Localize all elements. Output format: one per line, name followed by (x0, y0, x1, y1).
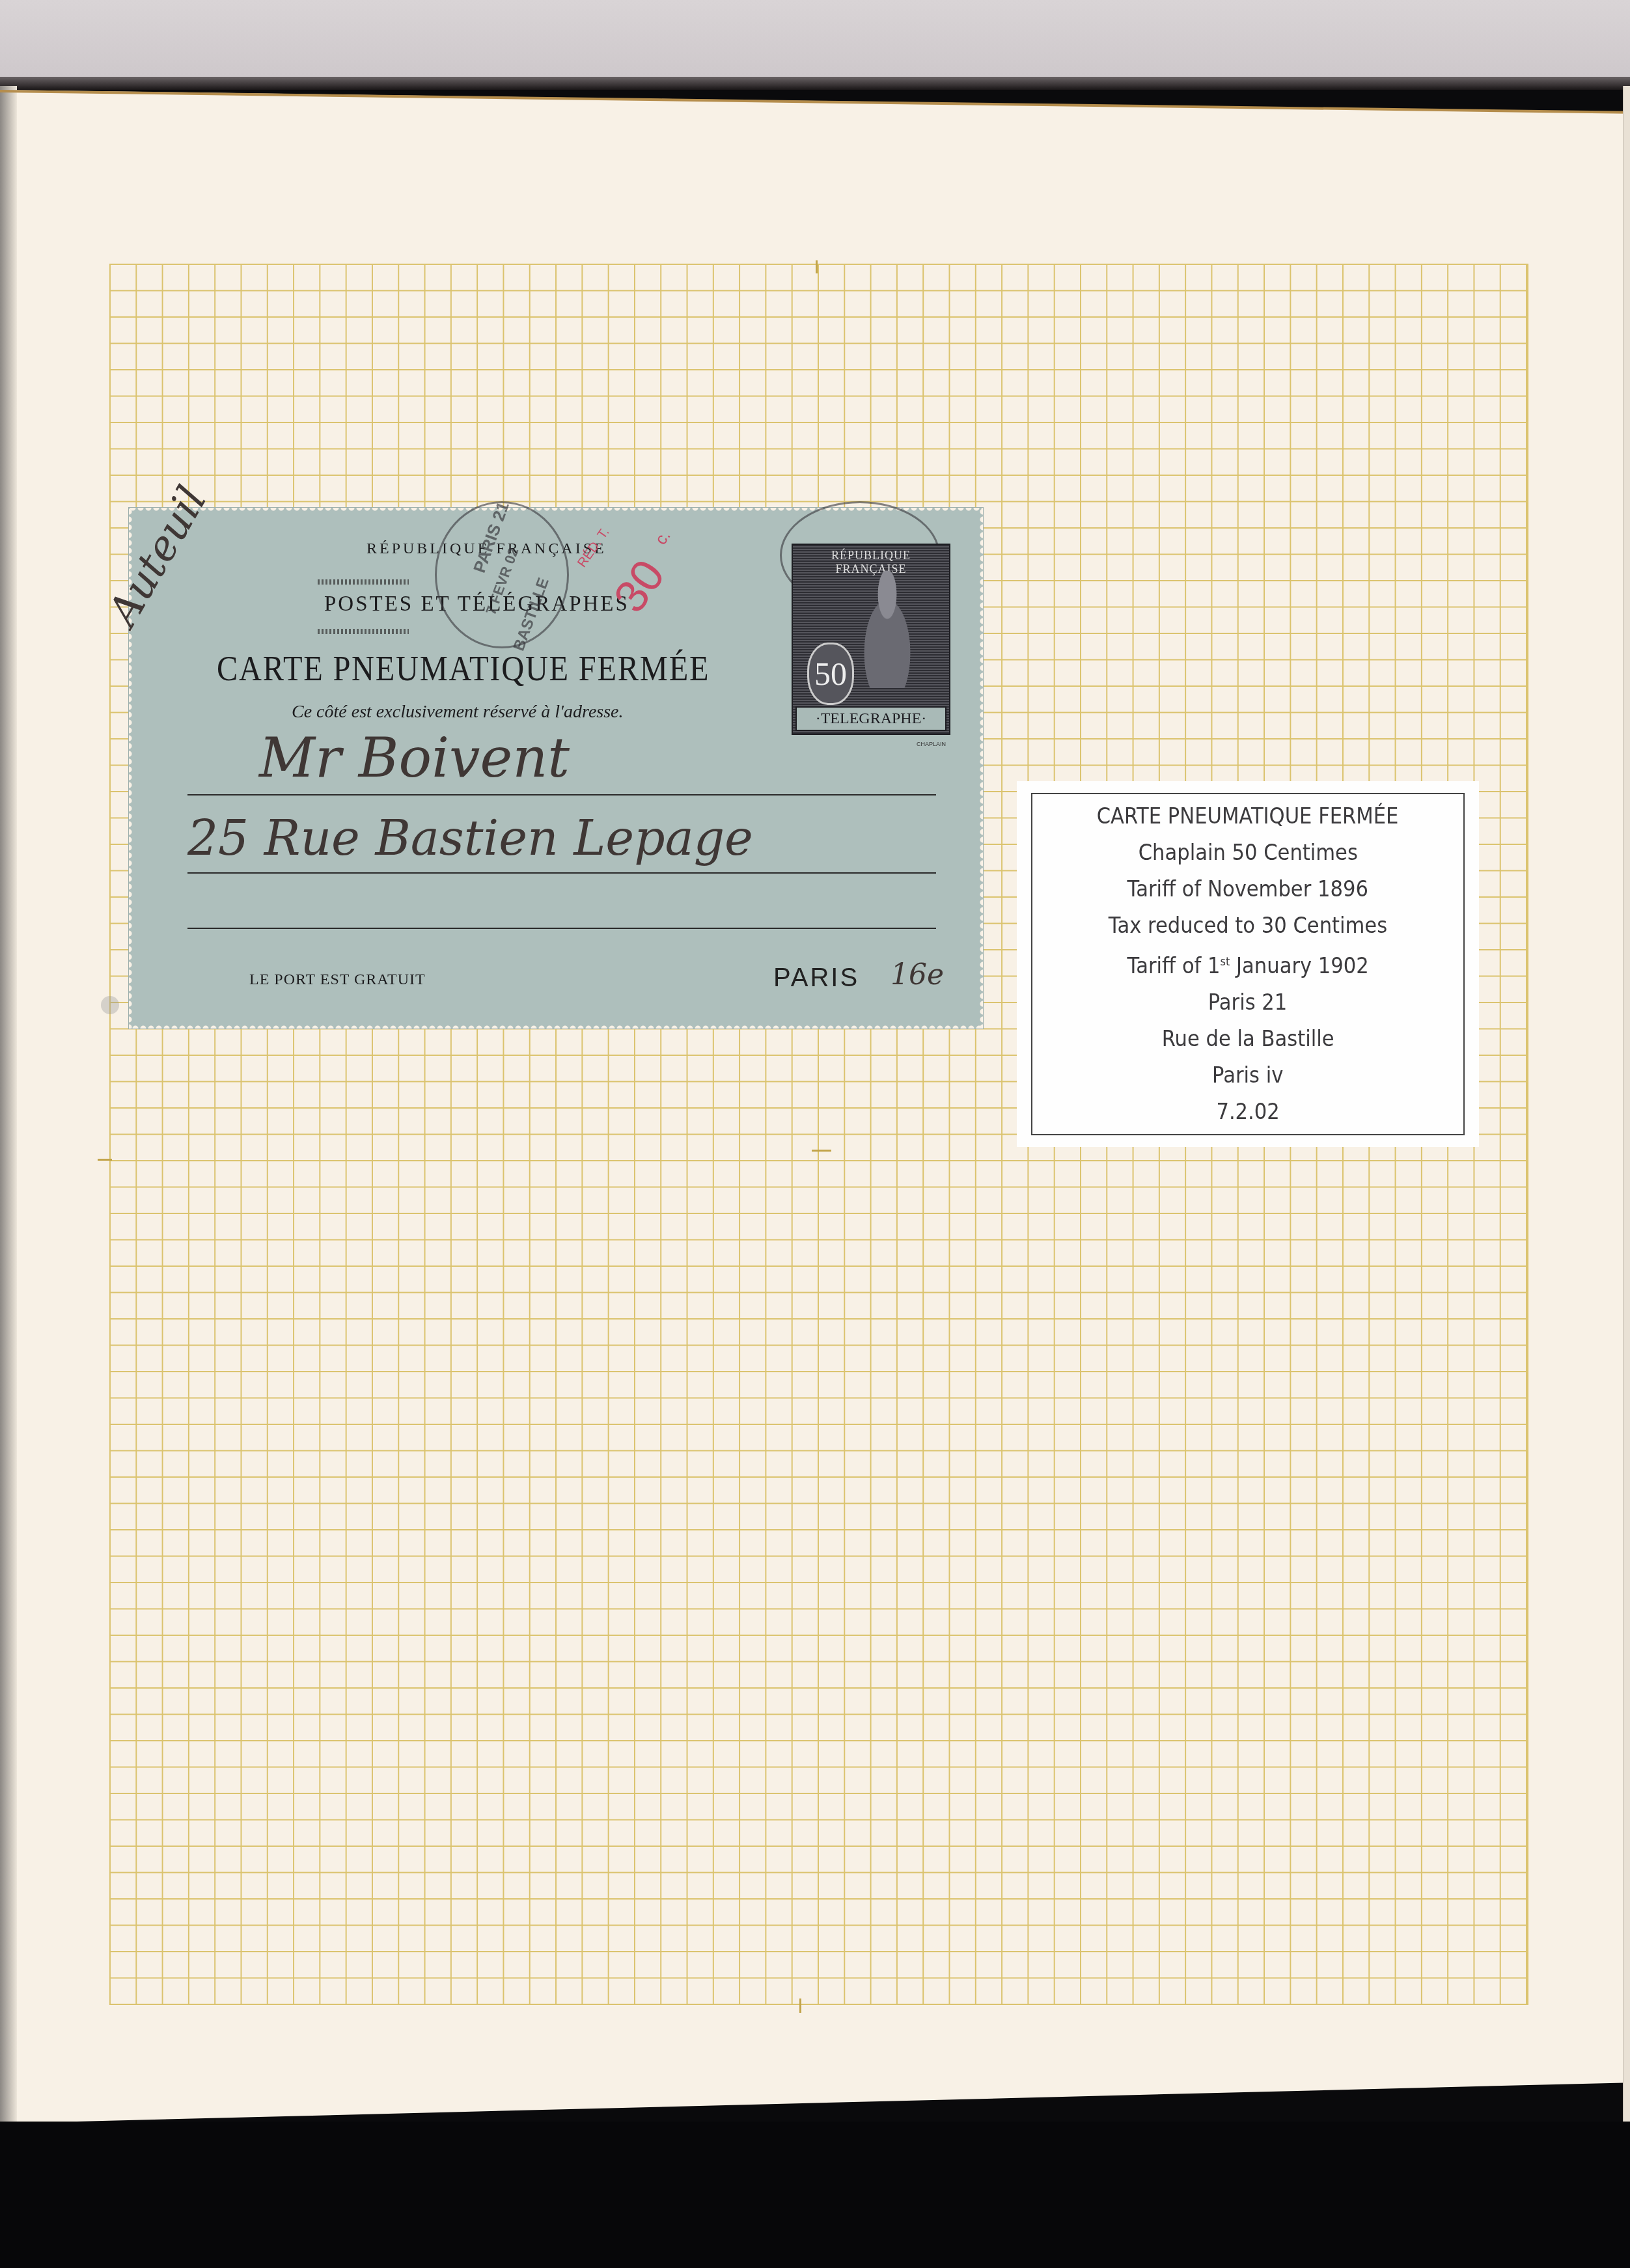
address-line (187, 794, 936, 795)
stamp-telegraphe: ·TELEGRAPHE· (795, 706, 946, 731)
label-stamp-type: Chaplain 50 Centimes (1138, 837, 1357, 869)
engraver-name: CHAPLAIN (917, 741, 946, 747)
card-title: CARTE PNEUMATIQUE FERMÉE (217, 648, 710, 689)
description-label: CARTE PNEUMATIQUE FERMÉE Chaplain 50 Cen… (1017, 781, 1479, 1147)
label-street: Rue de la Bastille (1162, 1023, 1334, 1055)
label-office: Paris 21 (1208, 986, 1288, 1019)
bottom-center-tick (799, 1998, 801, 2013)
chaplain-stamp: RÉPUBLIQUE FRANÇAISE 50 ·TELEGRAPHE· (792, 544, 950, 735)
label-title: CARTE PNEUMATIQUE FERMÉE (1097, 800, 1399, 833)
wavy-rule (318, 629, 409, 634)
card-subtitle: Ce côté est exclusivement réservé à l'ad… (292, 702, 624, 723)
destination-arrondissement: 16e (891, 958, 944, 991)
label-tariff-1902: Tariff of 1st January 1902 (1127, 946, 1368, 982)
top-center-tick (816, 260, 818, 273)
page-binding-shadow (0, 86, 17, 2123)
perforation-right (978, 508, 983, 1029)
left-center-tick (98, 1159, 112, 1161)
wavy-rule (318, 579, 409, 585)
address-line (187, 872, 936, 874)
stamp-value: 50 (807, 643, 854, 705)
center-mark-icon (812, 1150, 831, 1152)
recipient-address: 25 Rue Bastien Lepage (187, 810, 753, 866)
page-right-edge (1623, 86, 1630, 2123)
pneumatic-card: RÉPUBLIQUE FRANÇAISE POSTES ET TÉLÉGRAPH… (129, 508, 983, 1029)
red-tax-unit: c. (651, 526, 675, 548)
label-date: 7.2.02 (1216, 1096, 1279, 1128)
scanner-background (0, 2122, 1630, 2268)
address-line (187, 928, 936, 929)
mount-mark (101, 996, 119, 1014)
page-top-shadow (0, 77, 1630, 90)
label-tax-reduced: Tax reduced to 30 Centimes (1109, 909, 1387, 942)
destination-city: PARIS (773, 963, 859, 993)
label-tariff-1896: Tariff of November 1896 (1127, 873, 1368, 906)
label-frame: CARTE PNEUMATIQUE FERMÉE Chaplain 50 Cen… (1031, 793, 1465, 1135)
recipient-name: Mr Boivent (259, 726, 570, 790)
album-cover-sheet (0, 0, 1630, 85)
free-postage-note: LE PORT EST GRATUIT (249, 971, 426, 989)
seated-figure-icon (851, 571, 923, 688)
label-destination: Paris iv (1212, 1059, 1283, 1092)
